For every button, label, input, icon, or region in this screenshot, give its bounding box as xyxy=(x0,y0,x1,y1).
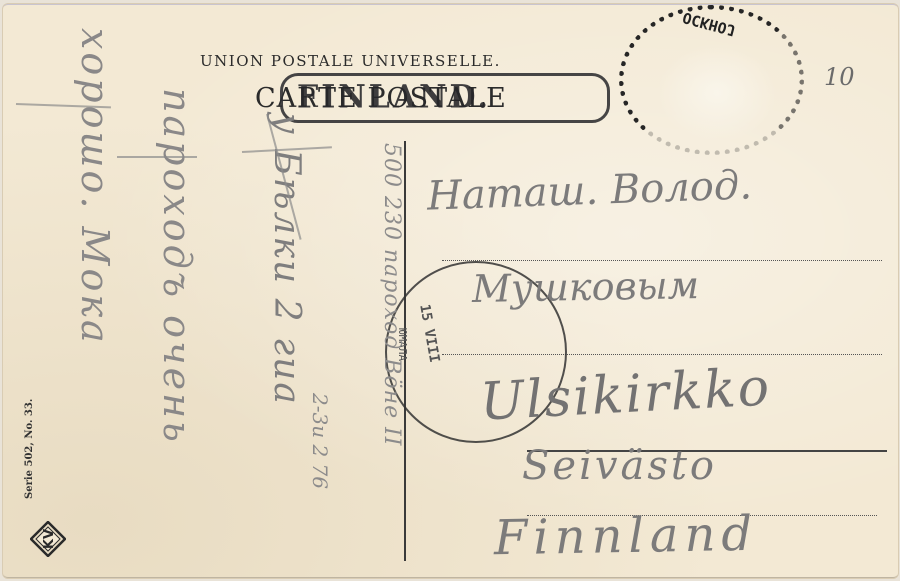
finland-cancel-text: FINLAND. xyxy=(297,79,491,116)
pencil-margin-mark: 10 xyxy=(824,63,855,91)
address-country: Finnland xyxy=(494,506,759,567)
address-recipient-surname: Мушковым xyxy=(472,263,700,311)
message-column-5: 2-3и 2 76 xyxy=(308,393,332,489)
finland-boxed-cancel: FINLAND. xyxy=(280,73,610,123)
message-column-4: 500 230 пароход Вöне II xyxy=(379,143,404,446)
svg-text:KV: KV xyxy=(42,529,57,549)
series-number: Serie 502, No. 33. xyxy=(24,399,35,499)
message-column-2: пароходъ очень xyxy=(155,88,199,445)
address-locality: Seivästo xyxy=(522,443,717,489)
upu-header: UNION POSTALE UNIVERSELLE. xyxy=(200,52,501,70)
postcard: UNION POSTALE UNIVERSELLE. CARTE POSTALE… xyxy=(2,3,899,579)
address-recipient-name: Наташ. Волод. xyxy=(426,162,752,219)
message-column-1: хорошо. Мока xyxy=(73,28,117,346)
address-line-1 xyxy=(442,260,882,261)
publisher-logo-icon: KV xyxy=(30,521,66,557)
pencil-stroke xyxy=(117,156,197,158)
message-column-3: у Бѣлки 2 гиа xyxy=(266,113,307,406)
